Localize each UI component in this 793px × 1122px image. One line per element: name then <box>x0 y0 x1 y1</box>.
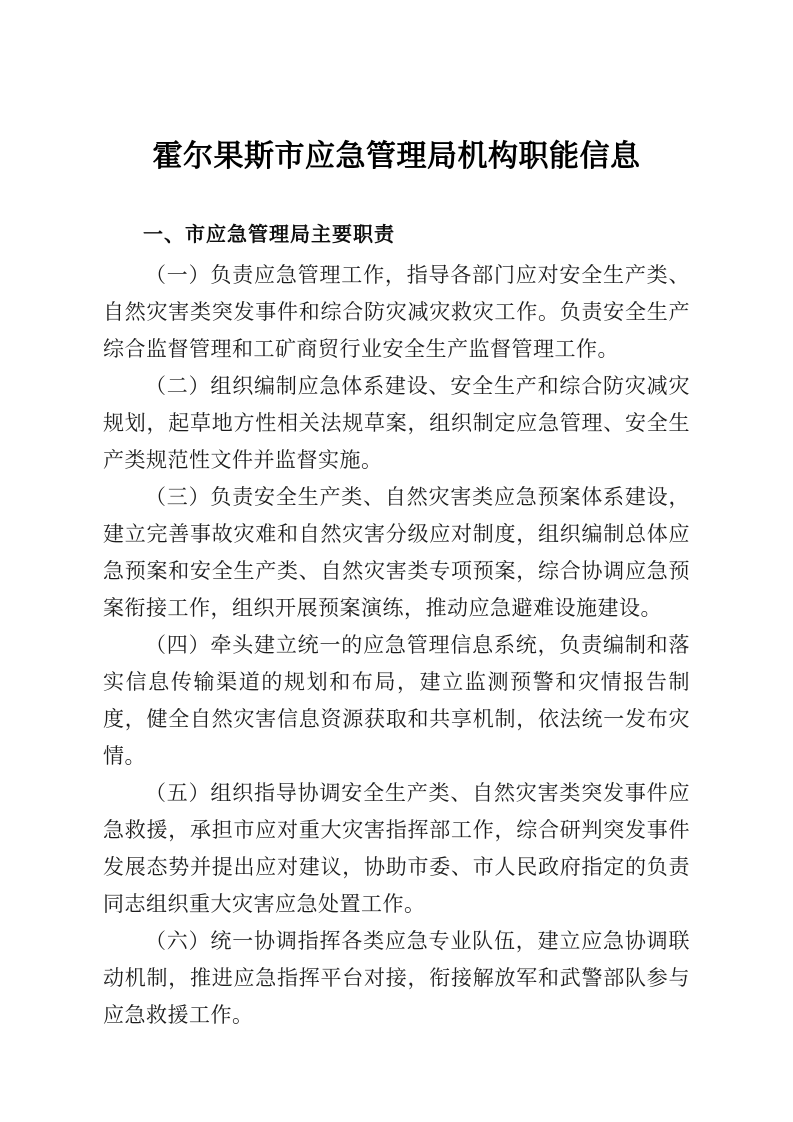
paragraph-1: （一）负责应急管理工作，指导各部门应对安全生产类、自然灾害类突发事件和综合防灾减… <box>103 257 690 368</box>
section-heading: 一、市应急管理局主要职责 <box>103 221 690 249</box>
paragraph-3: （三）负责安全生产类、自然灾害类应急预案体系建设，建立完善事故灾难和自然灾害分级… <box>103 479 690 627</box>
document-page: 霍尔果斯市应急管理局机构职能信息 一、市应急管理局主要职责 （一）负责应急管理工… <box>0 0 793 1122</box>
paragraph-5: （五）组织指导协调安全生产类、自然灾害类突发事件应急救援，承担市应对重大灾害指挥… <box>103 775 690 923</box>
document-body: （一）负责应急管理工作，指导各部门应对安全生产类、自然灾害类突发事件和综合防灾减… <box>103 257 690 1034</box>
paragraph-4: （四）牵头建立统一的应急管理信息系统，负责编制和落实信息传输渠道的规划和布局，建… <box>103 627 690 775</box>
paragraph-2: （二）组织编制应急体系建设、安全生产和综合防灾减灾规划，起草地方性相关法规草案，… <box>103 368 690 479</box>
paragraph-6: （六）统一协调指挥各类应急专业队伍，建立应急协调联动机制，推进应急指挥平台对接，… <box>103 923 690 1034</box>
document-title: 霍尔果斯市应急管理局机构职能信息 <box>103 139 690 175</box>
